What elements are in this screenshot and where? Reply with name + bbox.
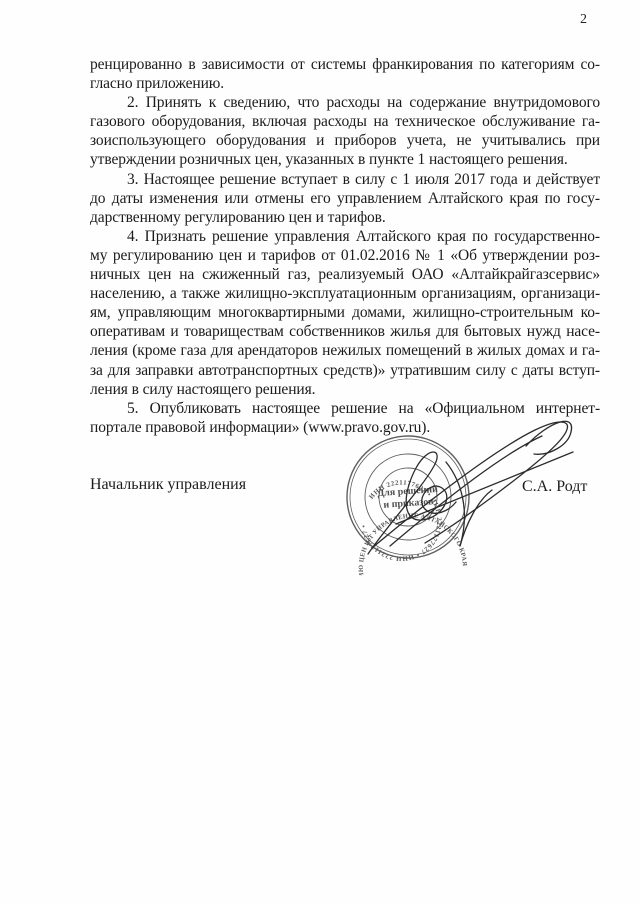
text-line: 3. Настоящее решение вступает в силу с 1… — [90, 170, 600, 189]
text-line: дарственному регулированию цен и тарифов… — [90, 208, 600, 227]
text-line: ления в силу настоящего решения. — [90, 380, 600, 399]
paragraph: 3. Настоящее решение вступает в силу с 1… — [90, 170, 600, 227]
page-number: 2 — [580, 12, 587, 28]
text-line: газового оборудования, включая расходы н… — [90, 112, 600, 131]
text-line: до даты изменения или отмены его управле… — [90, 189, 600, 208]
text-line: ничных цен на сжиженный газ, реализуемый… — [90, 265, 600, 284]
text-line: 4. Признать решение управления Алтайског… — [90, 227, 600, 246]
text-line: му регулированию цен и тарифов от 01.02.… — [90, 246, 600, 265]
paragraph: 2. Принять к сведению, что расходы на со… — [90, 93, 600, 169]
text-line: ренцированно в зависимости от системы фр… — [90, 55, 600, 74]
text-line: зоиспользующего оборудования и приборов … — [90, 131, 600, 150]
text-line: 2. Принять к сведению, что расходы на со… — [90, 93, 600, 112]
paragraph: 4. Признать решение управления Алтайског… — [90, 227, 600, 399]
text-line: гласно приложению. — [90, 74, 600, 93]
text-line: утверждении розничных цен, указанных в п… — [90, 150, 600, 169]
text-line: ления (кроме газа для арендаторов нежилы… — [90, 341, 600, 360]
scanned-document-page: 2 ренцированно в зависимости от системы … — [0, 0, 640, 905]
document-text: ренцированно в зависимости от системы фр… — [90, 55, 600, 437]
paragraph: ренцированно в зависимости от системы фр… — [90, 55, 600, 93]
text-line: за для заправки автотранспортных средств… — [90, 361, 600, 380]
text-line: оперативам и товариществам собственников… — [90, 322, 600, 341]
text-line: ям, управляющим многоквартирными домами,… — [90, 303, 600, 322]
signoff-position-title: Начальник управления — [90, 476, 246, 494]
text-line: населению, а также жилищно-эксплуатацион… — [90, 284, 600, 303]
handwritten-signature-icon — [330, 404, 590, 564]
